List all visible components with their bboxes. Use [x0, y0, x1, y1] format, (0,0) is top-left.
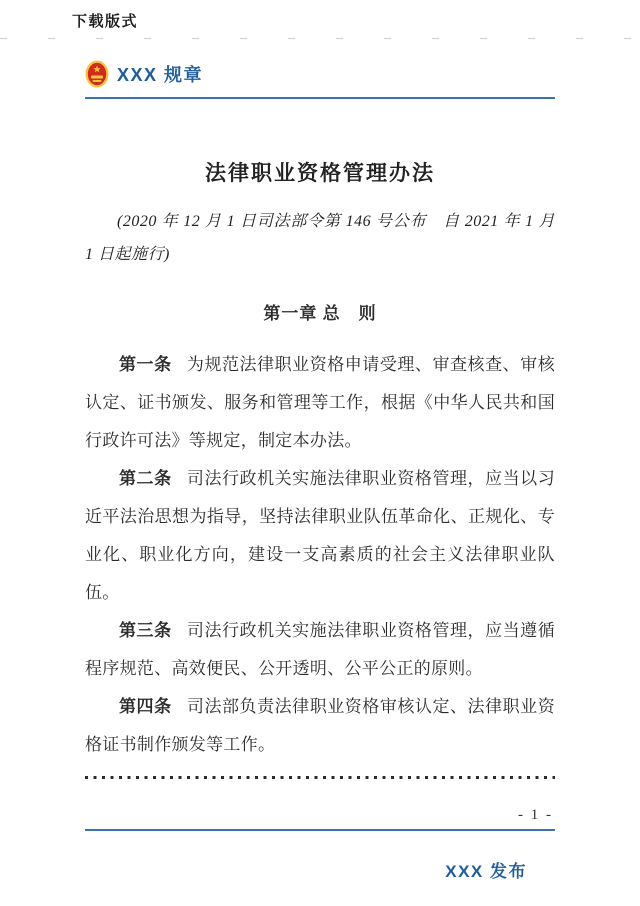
national-emblem-icon	[85, 60, 109, 88]
article-2-text: 司法行政机关实施法律职业资格管理，应当以习近平法治思想为指导，坚持法律职业队伍革…	[85, 469, 555, 602]
article-3: 第三条司法行政机关实施法律职业资格管理，应当遵循程序规范、高效便民、公开透明、公…	[85, 612, 555, 688]
agency-label: XXX 规章	[117, 61, 203, 87]
publisher-label: XXX 发布	[85, 857, 555, 882]
article-4: 第四条司法部负责法律职业资格审核认定、法律职业资格证书制作颁发等工作。	[85, 688, 555, 764]
article-2-label: 第二条	[119, 469, 172, 488]
document-page: XXX 规章 法律职业资格管理办法 (2020 年 12 月 1 日司法部令第 …	[85, 0, 555, 882]
footer-rule	[85, 829, 555, 831]
document-header: XXX 规章	[85, 60, 555, 99]
article-1: 第一条为规范法律职业资格申请受理、审查核查、审核认定、证书颁发、服务和管理等工作…	[85, 346, 555, 460]
promulgation-note: (2020 年 12 月 1 日司法部令第 146 号公布 自 2021 年 1…	[85, 205, 555, 271]
article-2: 第二条司法行政机关实施法律职业资格管理，应当以习近平法治思想为指导，坚持法律职业…	[85, 460, 555, 612]
document-title: 法律职业资格管理办法	[85, 157, 555, 187]
article-1-label: 第一条	[119, 355, 172, 374]
dotted-separator	[85, 776, 555, 779]
article-3-label: 第三条	[119, 621, 172, 640]
chapter-heading: 第一章 总 则	[85, 299, 555, 324]
page-number: - 1 -	[85, 807, 555, 824]
article-4-label: 第四条	[119, 697, 172, 716]
article-list: 第一条为规范法律职业资格申请受理、审查核查、审核认定、证书颁发、服务和管理等工作…	[85, 346, 555, 764]
